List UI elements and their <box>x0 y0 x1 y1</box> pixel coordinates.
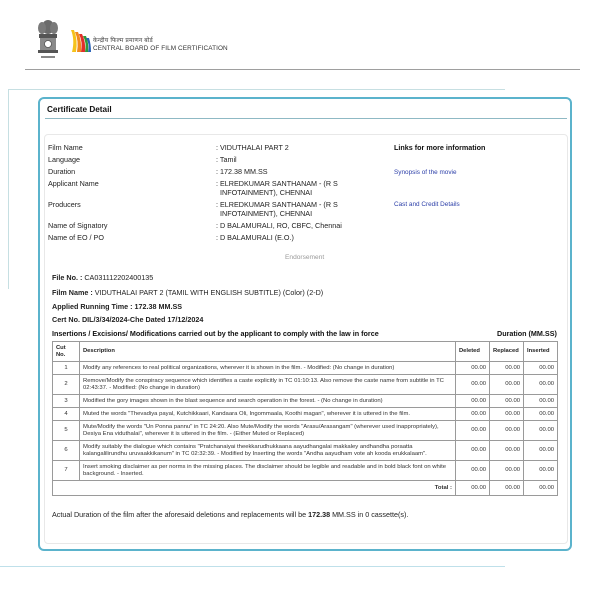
cut-number: 4 <box>53 408 80 421</box>
cert-number-text: Cert No. DIL/3/34/2024-Che Dated 17/12/2… <box>52 315 203 324</box>
links-heading: Links for more information <box>394 143 485 152</box>
cut-replaced: 00.00 <box>490 441 524 461</box>
detail-label: Name of EO / PO <box>48 233 104 242</box>
detail-value: : Tamil <box>216 155 237 164</box>
duration-heading: Duration (MM.SS) <box>497 329 557 338</box>
national-emblem-icon <box>35 18 61 64</box>
cut-number: 1 <box>53 362 80 375</box>
cut-inserted: 00.00 <box>524 421 558 441</box>
detail-label: Producers <box>48 200 81 209</box>
cut-deleted: 00.00 <box>456 375 490 395</box>
col-cut-no: Cut No. <box>53 342 80 362</box>
cut-description: Modify suitably the dialogue which conta… <box>80 441 456 461</box>
col-description: Description <box>80 342 456 362</box>
outer-container-bottom-rule <box>0 566 505 567</box>
detail-label: Language <box>48 155 80 164</box>
detail-value: : 172.38 MM.SS <box>216 167 268 176</box>
cut-deleted: 00.00 <box>456 461 490 481</box>
total-replaced: 00.00 <box>490 481 524 496</box>
cut-inserted: 00.00 <box>524 395 558 408</box>
cast-credit-link[interactable]: Cast and Credit Details <box>394 201 460 208</box>
cut-number: 3 <box>53 395 80 408</box>
modifications-table: Cut No. Description Deleted Replaced Ins… <box>52 341 558 496</box>
col-replaced: Replaced <box>490 342 524 362</box>
cut-description: Insert smoking disclaimer as per norms i… <box>80 461 456 481</box>
cut-inserted: 00.00 <box>524 441 558 461</box>
synopsis-link[interactable]: Synopsis of the movie <box>394 169 457 176</box>
cut-description: Modified the gory images shown in the bl… <box>80 395 456 408</box>
detail-value: : ELREDKUMAR SANTHANAM - (R S <box>216 200 338 209</box>
site-header: केन्द्रीय फिल्म प्रमाणन बोर्ड CENTRAL BO… <box>35 18 600 70</box>
modifications-heading: Insertions / Excisions/ Modifications ca… <box>52 329 379 338</box>
org-name-english: CENTRAL BOARD OF FILM CERTIFICATION <box>93 45 228 52</box>
cut-replaced: 00.00 <box>490 395 524 408</box>
col-deleted: Deleted <box>456 342 490 362</box>
cut-inserted: 00.00 <box>524 408 558 421</box>
file-number-label: File No. : <box>52 273 82 282</box>
table-header-row: Cut No. Description Deleted Replaced Ins… <box>53 342 558 362</box>
cut-deleted: 00.00 <box>456 408 490 421</box>
table-total-row: Total : 00.00 00.00 00.00 <box>53 481 558 496</box>
detail-value: : D BALAMURALI, RO, CBFC, Chennai <box>216 221 342 230</box>
cut-replaced: 00.00 <box>490 461 524 481</box>
header-divider <box>25 69 580 70</box>
cut-description: Mute/Modify the words "Un Ponna pannu" i… <box>80 421 456 441</box>
detail-value: : ELREDKUMAR SANTHANAM - (R S <box>216 179 338 188</box>
applied-running-time: Applied Running Time : 172.38 MM.SS <box>52 302 182 311</box>
table-row: 3Modified the gory images shown in the b… <box>53 395 558 408</box>
detail-label: Duration <box>48 167 75 176</box>
cut-deleted: 00.00 <box>456 362 490 375</box>
film-name-label: Film Name : <box>52 288 93 297</box>
cbfc-logo-icon <box>69 26 91 54</box>
cut-deleted: 00.00 <box>456 395 490 408</box>
table-row: 1Modify any references to real political… <box>53 362 558 375</box>
cut-deleted: 00.00 <box>456 441 490 461</box>
actual-duration-value: 172.38 <box>308 510 330 519</box>
table-row: 6Modify suitably the dialogue which cont… <box>53 441 558 461</box>
cut-description: Modify any references to real political … <box>80 362 456 375</box>
table-row: 2Remove/Modify the conspiracy sequence w… <box>53 375 558 395</box>
cut-inserted: 00.00 <box>524 461 558 481</box>
cut-number: 2 <box>53 375 80 395</box>
card-title-divider <box>45 118 567 119</box>
cut-number: 5 <box>53 421 80 441</box>
cut-number: 6 <box>53 441 80 461</box>
detail-value-cont: INFOTAINMENT), CHENNAI <box>220 209 312 218</box>
certificate-number: Cert No. DIL/3/34/2024-Che Dated 17/12/2… <box>52 315 203 324</box>
card-title: Certificate Detail <box>47 105 112 114</box>
endorsed-film-name: Film Name : VIDUTHALAI PART 2 (TAMIL WIT… <box>52 288 323 297</box>
cut-description: Muted the words "Thevadiya payal, Kutchi… <box>80 408 456 421</box>
total-deleted: 00.00 <box>456 481 490 496</box>
org-name-hindi: केन्द्रीय फिल्म प्रमाणन बोर्ड <box>93 36 228 44</box>
table-row: 4Muted the words "Thevadiya payal, Kutch… <box>53 408 558 421</box>
cut-deleted: 00.00 <box>456 421 490 441</box>
detail-label: Name of Signatory <box>48 221 108 230</box>
table-row: 5Mute/Modify the words "Un Ponna pannu" … <box>53 421 558 441</box>
file-number-value: CA031112202400135 <box>82 273 153 282</box>
detail-value: : VIDUTHALAI PART 2 <box>216 143 289 152</box>
cut-inserted: 00.00 <box>524 362 558 375</box>
running-time-text: Applied Running Time : 172.38 MM.SS <box>52 302 182 311</box>
organization-name: केन्द्रीय फिल्म प्रमाणन बोर्ड CENTRAL BO… <box>93 36 228 52</box>
cut-replaced: 00.00 <box>490 375 524 395</box>
cut-replaced: 00.00 <box>490 408 524 421</box>
detail-value-cont: INFOTAINMENT), CHENNAI <box>220 188 312 197</box>
total-label: Total : <box>53 481 456 496</box>
endorsement-heading: Endorsement <box>285 254 324 261</box>
detail-label: Applicant Name <box>48 179 99 188</box>
col-inserted: Inserted <box>524 342 558 362</box>
actual-duration-prefix: Actual Duration of the film after the af… <box>52 510 308 519</box>
cut-replaced: 00.00 <box>490 362 524 375</box>
actual-duration-suffix: MM.SS in 0 cassette(s). <box>330 510 408 519</box>
cut-replaced: 00.00 <box>490 421 524 441</box>
detail-value: : D BALAMURALI (E.O.) <box>216 233 294 242</box>
cut-inserted: 00.00 <box>524 375 558 395</box>
cut-number: 7 <box>53 461 80 481</box>
detail-label: Film Name <box>48 143 83 152</box>
table-row: 7Insert smoking disclaimer as per norms … <box>53 461 558 481</box>
film-name-value: VIDUTHALAI PART 2 (TAMIL WITH ENGLISH SU… <box>93 288 323 297</box>
total-inserted: 00.00 <box>524 481 558 496</box>
file-number: File No. : CA031112202400135 <box>52 273 153 282</box>
cut-description: Remove/Modify the conspiracy sequence wh… <box>80 375 456 395</box>
actual-duration-statement: Actual Duration of the film after the af… <box>52 510 408 519</box>
